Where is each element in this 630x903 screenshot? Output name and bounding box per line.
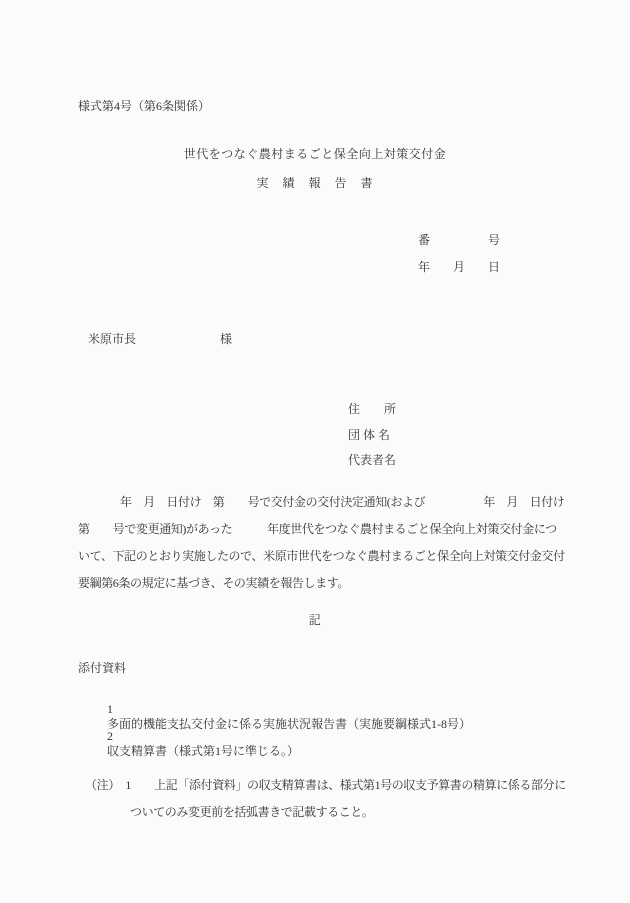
sender-organization-label: 団 体 名 [348,428,390,443]
body-paragraph-line-4: 要綱第6条の規定に基づき、その実績を報告します。 [78,576,349,591]
body-paragraph-line-1: 年 月 日付け 第 号で交付金の交付決定通知(および 年 月 日付け [120,495,564,510]
addressee-honorific: 様 [220,332,232,347]
reference-number-label-ban: 番 [418,233,430,248]
reference-number-label-go: 号 [488,233,500,248]
report-document-page: 様式第4号（第6条関係） 世代をつなぐ農村まるごと保全向上対策交付金 実 績 報… [0,0,630,903]
report-title: 実 績 報 告 書 [0,176,630,191]
attachments-heading: 添付資料 [78,661,126,676]
attachment-item-2-text: 収支精算書（様式第1号に準じる。） [107,744,299,758]
attachment-item-2-number: 2 [107,729,125,744]
addressee-name: 米原市長 [88,332,136,347]
date-day-label: 日 [488,260,500,275]
document-title: 世代をつなぐ農村まるごと保全向上対策交付金 [0,147,630,162]
date-row: 年 月 日 [418,260,500,275]
attachment-item-2: 2 収支精算書（様式第1号に準じる。） [95,714,299,774]
date-month-label: 月 [453,260,465,275]
body-paragraph-line-3: いて、下記のとおり実施したので、米原市世代をつなぐ農村まるごと保全向上対策交付金… [78,549,565,564]
note-line-2: ついてのみ変更前を括弧書きで記載すること。 [130,805,374,820]
body-paragraph-line-2: 第 号で変更通知)があった 年度世代をつなぐ農村まるごと保全向上対策交付金につ [78,522,557,537]
sender-representative-label: 代表者名 [348,453,396,468]
ki-heading: 記 [0,613,630,628]
sender-address-label: 住 所 [348,402,396,417]
note-line-1: （注） 1 上記「添付資料」の収支精算書は、様式第1号の収支予算書の精算に係る部… [85,778,566,793]
form-number: 様式第4号（第6条関係） [78,99,210,114]
date-year-label: 年 [418,260,430,275]
reference-number-row: 番 号 [418,233,500,248]
